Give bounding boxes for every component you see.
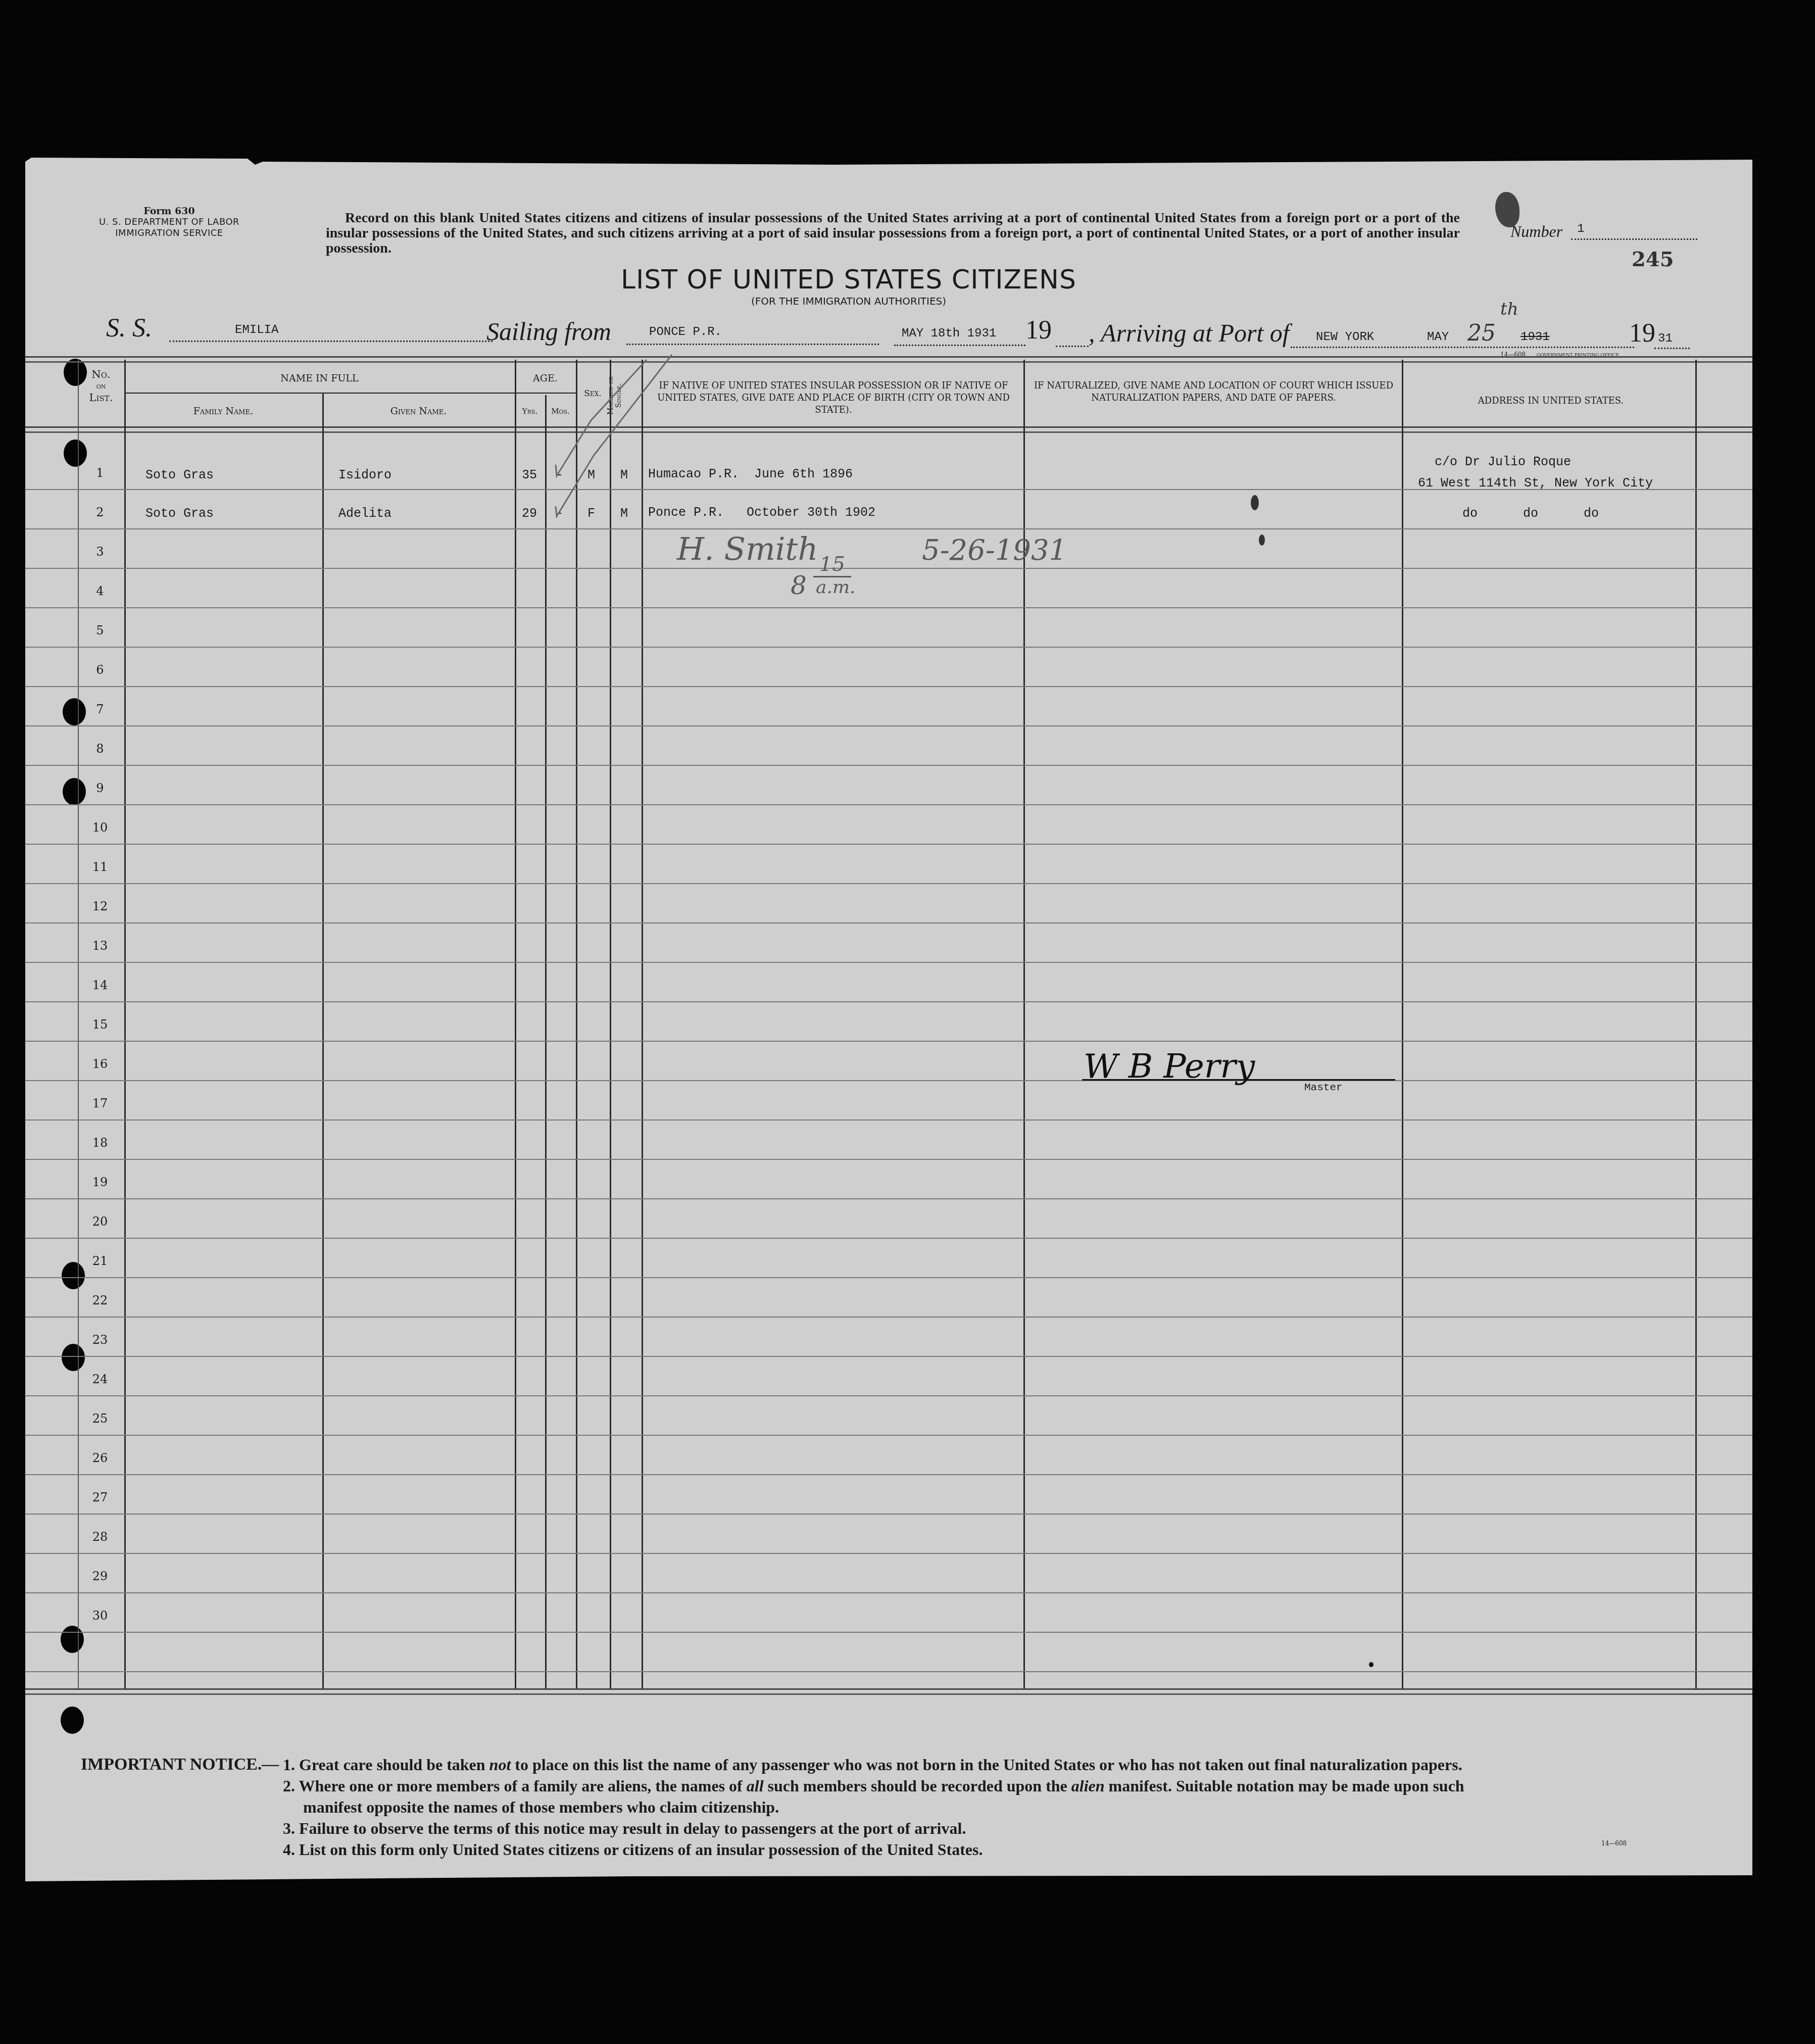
col-divider: [1695, 360, 1697, 1688]
row-rule: [25, 883, 1752, 884]
row-number: 12: [80, 899, 120, 913]
row-number: 29: [80, 1569, 120, 1583]
age-yrs-cell: 35: [522, 468, 537, 482]
service-name: IMMIGRATION SERVICE: [76, 228, 263, 239]
page-title: LIST OF UNITED STATES CITIZENS: [571, 265, 1126, 295]
arrival-day-suffix: th: [1500, 299, 1518, 319]
row-number: 4: [80, 584, 120, 598]
department-name: U. S. DEPARTMENT OF LABOR: [76, 217, 263, 228]
ship-name-line: [169, 340, 493, 342]
sailing-port: PONCE P.R.: [649, 325, 722, 339]
page-subtitle: (FOR THE IMMIGRATION AUTHORITIES): [672, 295, 1025, 307]
row-rule: [25, 1632, 1752, 1633]
arrival-port: NEW YORK: [1316, 330, 1374, 344]
arrival-day-handwritten: 25: [1467, 320, 1496, 346]
row-rule: [25, 607, 1752, 608]
footer-code: 14—608: [1601, 1840, 1627, 1847]
address-cell-line2: 61 West 114th St, New York City: [1418, 476, 1653, 491]
row-rule: [25, 962, 1752, 963]
row-number: 26: [80, 1451, 120, 1465]
number-label: Number: [1510, 222, 1562, 241]
row-number: 20: [80, 1214, 120, 1229]
inspection-date: 5-26-1931: [922, 534, 1067, 567]
row-rule: [25, 1356, 1752, 1357]
row-rule: [25, 647, 1752, 648]
punch-hole: [61, 1626, 84, 1653]
row-number: 19: [80, 1175, 120, 1189]
row-rule: [25, 1474, 1752, 1475]
inspection-time-ampm: a.m.: [816, 577, 856, 598]
sailing-date-line: [894, 345, 1025, 346]
header-no-on-list: No. on List.: [78, 369, 124, 404]
family-name-cell: Soto Gras: [145, 506, 214, 521]
address-cell-line1: c/o Dr Julio Roque: [1435, 455, 1571, 469]
sailing-port-line: [626, 344, 879, 345]
inspection-time-min: 15: [813, 553, 851, 577]
row-number: 11: [80, 860, 120, 874]
header-address: ADDRESS IN UNITED STATES.: [1409, 395, 1692, 407]
row-number: 21: [80, 1254, 120, 1268]
row-rule: [25, 765, 1752, 766]
notice-item-2-continuation: manifest opposite the names of those mem…: [303, 1796, 1723, 1818]
row-number: 25: [80, 1412, 120, 1426]
birth-cell: Ponce P.R. October 30th 1902: [648, 505, 875, 520]
year-line-2: [1654, 348, 1690, 349]
punch-hole: [64, 440, 87, 467]
header-given-name: Given Name.: [322, 405, 515, 417]
col-divider: [545, 395, 547, 1688]
row-rule: [25, 1198, 1752, 1199]
notice-item-3: 3. Failure to observe the terms of this …: [283, 1818, 1723, 1839]
ss-label: S. S.: [106, 313, 152, 343]
table-bottom-rule: [25, 1688, 1752, 1695]
row-number: 3: [80, 545, 120, 559]
row-rule: [25, 922, 1752, 923]
inspector-signature: H. Smith: [677, 530, 818, 567]
col-divider: [576, 360, 577, 1688]
row-rule: [25, 1041, 1752, 1042]
address-cell-line1: do do do: [1462, 506, 1599, 521]
header-bottom-rule: [25, 426, 1752, 433]
inspection-time-hour: 8: [791, 571, 807, 600]
col-divider: [642, 360, 643, 1688]
arriving-label: , Arriving at Port of: [1089, 318, 1290, 348]
header-yrs: Yrs.: [515, 405, 545, 417]
master-signature-line: [1082, 1079, 1395, 1081]
col-divider: [515, 360, 516, 1688]
row-rule: [25, 686, 1752, 687]
header-name-in-full: NAME IN FULL: [124, 372, 515, 384]
row-number: 5: [80, 623, 120, 638]
page-number: 245: [1632, 248, 1674, 271]
century-label-2: 19: [1629, 318, 1655, 348]
year-suffix: 31: [1658, 332, 1673, 346]
manifest-sheet: Form 630 U. S. DEPARTMENT OF LABOR IMMIG…: [25, 158, 1752, 1881]
row-rule: [25, 725, 1752, 726]
table-top-rule: [25, 356, 1752, 363]
row-rule: [25, 1671, 1752, 1672]
birth-cell: Humacao P.R. June 6th 1896: [648, 467, 853, 481]
check-mark-strokes: [546, 350, 677, 531]
row-rule: [25, 1553, 1752, 1554]
row-rule: [25, 804, 1752, 805]
ship-name: EMILIA: [235, 323, 278, 337]
row-rule: [25, 1395, 1752, 1396]
age-yrs-cell: 29: [522, 506, 537, 521]
row-number: 16: [80, 1057, 120, 1071]
punch-hole: [61, 1707, 84, 1734]
master-label: Master: [1304, 1082, 1343, 1094]
header-family-name: Family Name.: [124, 405, 322, 417]
sailing-from-label: Sailing from: [486, 317, 611, 346]
family-name-cell: Soto Gras: [145, 468, 214, 482]
row-rule: [25, 1159, 1752, 1160]
row-number: 13: [80, 939, 120, 953]
sailing-date: MAY 18th 1931: [902, 327, 996, 340]
arrival-month: MAY: [1427, 330, 1449, 344]
year-line-1: [1056, 346, 1089, 347]
century-label-1: 19: [1025, 315, 1052, 345]
given-name-cell: Adelita: [338, 506, 391, 521]
col-divider: [610, 360, 611, 1688]
row-rule: [25, 1514, 1752, 1515]
row-rule: [25, 528, 1752, 529]
notice-item-1: 1. Great care should be taken not to pla…: [283, 1754, 1462, 1775]
row-number: 17: [80, 1096, 120, 1110]
row-rule: [25, 1120, 1752, 1121]
margin-line: [78, 360, 79, 1688]
row-number: 14: [80, 978, 120, 992]
form-number: Form 630: [76, 206, 263, 217]
row-number: 2: [80, 505, 120, 519]
given-name-cell: Isidoro: [338, 468, 391, 482]
row-number: 18: [80, 1136, 120, 1150]
number-value: 1: [1577, 222, 1584, 236]
row-number: 1: [80, 466, 120, 480]
row-number: 10: [80, 820, 120, 835]
row-rule: [25, 1001, 1752, 1002]
row-rule: [25, 568, 1752, 569]
arrival-line: [1291, 347, 1634, 348]
row-number: 28: [80, 1530, 120, 1544]
row-number: 27: [80, 1490, 120, 1504]
intro-paragraph: Record on this blank United States citiz…: [326, 211, 1460, 256]
row-number: 23: [80, 1333, 120, 1347]
ink-speck: [1259, 534, 1265, 546]
notice-item-4: 4. List on this form only United States …: [283, 1839, 1723, 1860]
row-number: 7: [80, 702, 120, 716]
col-divider: [1402, 360, 1403, 1688]
col-divider: [124, 360, 126, 1688]
ink-speck: [1251, 495, 1259, 510]
punch-hole: [62, 1344, 85, 1371]
row-rule: [25, 1317, 1752, 1318]
arrival-year-typed: 1931: [1520, 330, 1550, 344]
number-underline: [1571, 238, 1697, 240]
row-number: 15: [80, 1017, 120, 1032]
row-rule: [25, 1592, 1752, 1593]
header-birth-place-date: IF NATIVE OF UNITED STATES INSULAR POSSE…: [649, 380, 1018, 416]
form-id-block: Form 630 U. S. DEPARTMENT OF LABOR IMMIG…: [76, 206, 263, 239]
row-rule: [25, 1277, 1752, 1278]
name-subheader-rule: [124, 393, 576, 394]
row-rule: [25, 1435, 1752, 1436]
row-number: 24: [80, 1372, 120, 1386]
header-naturalization: IF NATURALIZED, GIVE NAME AND LOCATION O…: [1031, 380, 1397, 404]
ink-speck: [1369, 1662, 1373, 1667]
notice-heading: IMPORTANT NOTICE.—: [81, 1754, 283, 1775]
notice-item-2: 2. Where one or more members of a family…: [283, 1775, 1723, 1796]
important-notice: IMPORTANT NOTICE.— 1. Great care should …: [81, 1754, 1723, 1860]
row-number: 22: [80, 1293, 120, 1307]
row-number: 9: [80, 781, 120, 795]
row-rule: [25, 844, 1752, 845]
row-number: 30: [80, 1609, 120, 1623]
row-number: 8: [80, 742, 120, 756]
row-rule: [25, 1238, 1752, 1239]
row-rule: [25, 1080, 1752, 1081]
row-number: 6: [80, 663, 120, 677]
